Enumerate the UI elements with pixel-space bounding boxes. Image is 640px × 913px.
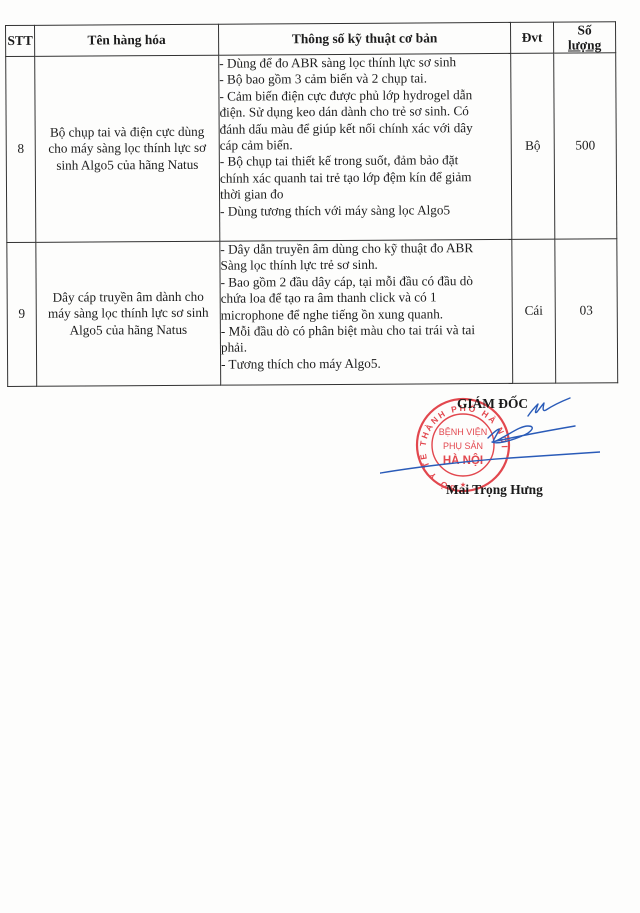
spec-line: - Cảm biến điện cực được phủ lớp hydroge… (219, 87, 510, 105)
document-page: STT Tên hàng hóa Thông số kỹ thuật cơ bả… (0, 0, 640, 913)
header-product-name: Tên hàng hóa (35, 24, 219, 56)
spec-line: phải. (221, 338, 512, 356)
header-quantity-line1: Số (577, 22, 591, 37)
row-quantity: 500 (554, 53, 617, 239)
row-quantity: 03 (555, 239, 618, 383)
spec-line: microphone để nghe tiếng ồn xung quanh. (221, 306, 512, 324)
spec-line: - Dùng tương thích với máy sàng lọc Algo… (220, 202, 511, 220)
row-specifications: - Dùng để đo ABR sàng lọc thính lực sơ s… (219, 53, 512, 241)
row-unit: Cái (512, 239, 556, 383)
header-quantity-line2: lượng (568, 37, 601, 52)
name-line: Algo5 của hãng Natus (70, 322, 188, 338)
table-row: 9 Dây cáp truyền âm dành cho máy sàng lọ… (7, 239, 618, 387)
signature-block: SỞ Y TẾ THÀNH PHỐ HÀ NỘI BỆNH VIỆN PHỤ S… (380, 390, 600, 510)
table-row: 8 Bộ chụp tai và điện cực dùng cho máy s… (6, 53, 617, 243)
name-line: Bộ chụp tai và điện cực dùng (50, 124, 204, 140)
row-product-name: Bộ chụp tai và điện cực dùng cho máy sàn… (35, 55, 220, 242)
row-product-name: Dây cáp truyền âm dành cho máy sàng lọc … (36, 241, 221, 386)
row-stt: 9 (7, 242, 37, 386)
spec-line: chính xác quanh tai trẻ tạo lớp đệm kín … (220, 169, 511, 187)
spec-line: thời gian đo (220, 185, 511, 203)
name-line: máy sàng lọc thính lực sơ sinh (48, 305, 209, 321)
header-stt: STT (6, 25, 35, 56)
spec-line: đánh dấu màu để giúp kết nối chính xác v… (220, 120, 511, 138)
spec-line: - Dây dẫn truyền âm dùng cho kỹ thuật đo… (220, 240, 511, 258)
spec-line: - Tương thích cho máy Algo5. (221, 355, 512, 373)
name-line: sinh Algo5 của hãng Natus (56, 157, 198, 173)
row-specifications: - Dây dẫn truyền âm dùng cho kỹ thuật đo… (220, 239, 513, 385)
row-stt: 8 (6, 56, 36, 242)
name-line: cho máy sàng lọc thính lực sơ (48, 140, 206, 156)
spec-line: điện. Sử dụng keo dán dành cho trẻ sơ si… (219, 103, 510, 121)
header-specifications: Thông số kỹ thuật cơ bản (218, 22, 510, 55)
spec-line: - Bộ chụp tai thiết kế trong suốt, đảm b… (220, 152, 511, 170)
header-unit: Đvt (510, 22, 553, 53)
table-header-row: STT Tên hàng hóa Thông số kỹ thuật cơ bả… (6, 22, 616, 57)
spec-line: cáp cảm biến. (220, 136, 511, 154)
spec-line: - Bao gồm 2 đầu dây cáp, tại mỗi đầu có … (221, 273, 512, 291)
spec-line: - Dùng để đo ABR sàng lọc thính lực sơ s… (219, 54, 510, 72)
row-unit: Bộ (511, 53, 555, 239)
name-line: Dây cáp truyền âm dành cho (52, 289, 203, 305)
spec-line: Sàng lọc thính lực trẻ sơ sinh. (220, 256, 511, 274)
product-spec-table: STT Tên hàng hóa Thông số kỹ thuật cơ bả… (5, 21, 618, 387)
spec-line: - Mỗi đầu dò có phân biệt màu cho tai tr… (221, 322, 512, 340)
spec-line: - Bộ bao gồm 3 cảm biến và 2 chụp tai. (219, 70, 510, 88)
spec-line: chứa loa để tạo ra âm thanh click và có … (221, 289, 512, 307)
director-name: Mai Trọng Hưng (446, 482, 543, 498)
header-quantity: Số lượng (553, 22, 615, 53)
